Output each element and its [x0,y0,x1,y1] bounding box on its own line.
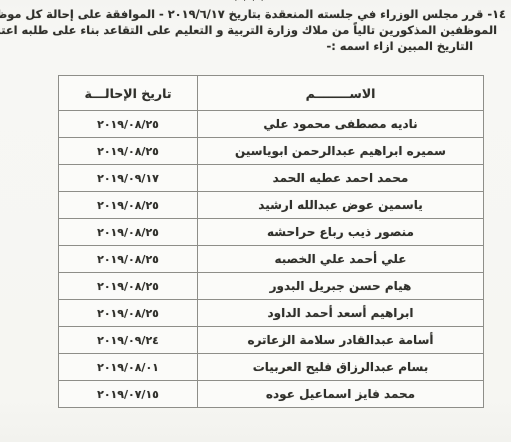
referral-date-cell: ٢٠١٩/٠٩/١٧ [59,165,198,192]
table-row: علي أحمد علي الخصبه٢٠١٩/٠٨/٢٥ [59,246,484,273]
employee-name-cell: ياسمين عوض عبدالله ارشيد [198,192,484,219]
table-row: منصور ذيب رباع حراحشه٢٠١٩/٠٨/٢٥ [59,219,484,246]
referral-table-body: ناديه مصطفى محمود علي٢٠١٩/٠٨/٢٥سميره ابر… [59,111,484,408]
referral-date-cell: ٢٠١٩/٠٨/٢٥ [59,273,198,300]
table-row: ياسمين عوض عبدالله ارشيد٢٠١٩/٠٨/٢٥ [59,192,484,219]
referral-date-cell: ٢٠١٩/٠٧/١٥ [59,381,198,408]
employee-name-cell: منصور ذيب رباع حراحشه [198,219,484,246]
referral-date-cell: ٢٠١٩/٠٨/٢٥ [59,192,198,219]
employee-name-cell: سميره ابراهيم عبدالرحمن ابوياسين [198,138,484,165]
scanned-document-page: **** ١٤- قرر مجلس الوزراء في جلسته المنع… [0,0,511,442]
table-row: ناديه مصطفى محمود علي٢٠١٩/٠٨/٢٥ [59,111,484,138]
table-row: هيام حسن جبريل البدور٢٠١٩/٠٨/٢٥ [59,273,484,300]
table-header-row: الاســــــــم تاريخ الإحالـــة [59,76,484,111]
table-row: بسام عبدالرزاق فليح العربيات٢٠١٩/٠٨/٠١ [59,354,484,381]
referral-date-cell: ٢٠١٩/٠٨/٢٥ [59,138,198,165]
decision-paragraph-line-1: ١٤- قرر مجلس الوزراء في جلسته المنعقدة ب… [4,6,506,22]
table-row: محمد فايز اسماعيل عوده٢٠١٩/٠٧/١٥ [59,381,484,408]
referral-date-cell: ٢٠١٩/٠٩/٢٤ [59,327,198,354]
referral-date-cell: ٢٠١٩/٠٨/٢٥ [59,111,198,138]
employee-name-cell: بسام عبدالرزاق فليح العربيات [198,354,484,381]
referral-date-cell: ٢٠١٩/٠٨/٢٥ [59,219,198,246]
employee-name-cell: ناديه مصطفى محمود علي [198,111,484,138]
referral-date-cell: ٢٠١٩/٠٨/٠١ [59,354,198,381]
table-row: سميره ابراهيم عبدالرحمن ابوياسين٢٠١٩/٠٨/… [59,138,484,165]
referral-date-column-header: تاريخ الإحالـــة [59,76,198,111]
decision-paragraph-line-3: التاريخ المبين ازاء اسمه :- [4,38,473,54]
referral-date-cell: ٢٠١٩/٠٨/٢٥ [59,300,198,327]
table-row: أسامة عبدالقادر سلامة الزعاتره٢٠١٩/٠٩/٢٤ [59,327,484,354]
name-column-header: الاســــــــم [198,76,484,111]
table-row: ابراهيم أسعد أحمد الداود٢٠١٩/٠٨/٢٥ [59,300,484,327]
decision-paragraph-line-2: الموظفين المذكورين تالياً من ملاك وزارة … [4,22,497,38]
employee-name-cell: أسامة عبدالقادر سلامة الزعاتره [198,327,484,354]
employee-name-cell: محمد فايز اسماعيل عوده [198,381,484,408]
employee-name-cell: علي أحمد علي الخصبه [198,246,484,273]
employee-name-cell: ابراهيم أسعد أحمد الداود [198,300,484,327]
referral-table: الاســــــــم تاريخ الإحالـــة ناديه مصط… [58,75,484,408]
employee-name-cell: محمد احمد عطيه الحمد [198,165,484,192]
employee-name-cell: هيام حسن جبريل البدور [198,273,484,300]
decision-paragraph: ١٤- قرر مجلس الوزراء في جلسته المنعقدة ب… [4,6,506,54]
table-row: محمد احمد عطيه الحمد٢٠١٩/٠٩/١٧ [59,165,484,192]
referral-date-cell: ٢٠١٩/٠٨/٢٥ [59,246,198,273]
